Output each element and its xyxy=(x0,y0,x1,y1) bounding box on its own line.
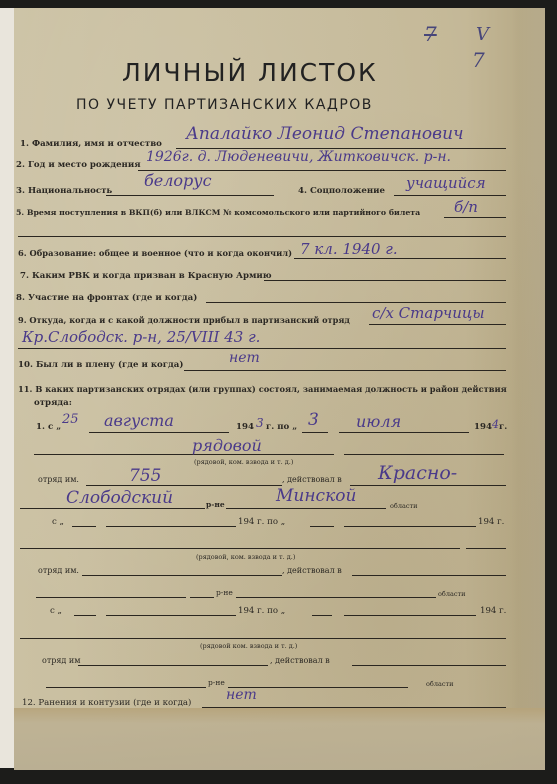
entry-1-from-year-prefix: 194 xyxy=(236,422,254,432)
entry-3-detachment-line xyxy=(78,665,268,666)
entry-2-district-line-b xyxy=(190,597,214,598)
field-11-label: 11. В каких партизанских отрядах (или гр… xyxy=(18,384,507,394)
entry-1-position-hint: (рядовой, ком. взвода и т. д.) xyxy=(194,458,293,466)
entry-1-position-line xyxy=(34,454,334,455)
field-1-value[interactable]: Апалайко Леонид Степанович xyxy=(186,124,464,144)
entry-3-acted-label: , действовал в xyxy=(270,656,330,665)
entry-1-year-suffix: г. xyxy=(499,422,507,432)
field-11-label-2: отряда: xyxy=(34,398,72,408)
entry-2-detachment-label: отряд им. xyxy=(38,566,79,575)
entry-1-region[interactable]: Минской xyxy=(276,486,356,506)
entry-2-position-line xyxy=(20,548,460,549)
field-9-line xyxy=(369,324,506,325)
entry-1-detachment-line xyxy=(86,485,282,486)
entry-3-year-label: 194 г. по „ xyxy=(238,606,285,616)
page-subtitle: ПО УЧЕТУ ПАРТИЗАНСКИХ КАДРОВ xyxy=(76,97,373,113)
entry-2-detachment-line xyxy=(82,575,282,576)
entry-2-acted-label: , действовал в xyxy=(282,566,342,575)
field-9-line-2 xyxy=(18,348,506,349)
paper-edge-shadow xyxy=(511,8,545,770)
field-12-line xyxy=(202,707,506,708)
entry-3-position-line xyxy=(20,638,506,639)
corner-mark-check: V xyxy=(476,24,489,45)
field-8-label: 8. Участие на фронтах (где и когда) xyxy=(16,293,197,303)
entry-3-prefix: с „ xyxy=(50,606,62,616)
entry-3-region-suffix: области xyxy=(426,680,453,688)
field-12-value[interactable]: нет xyxy=(226,687,257,703)
field-10-line xyxy=(184,370,506,371)
field-8-line xyxy=(206,302,506,303)
entry-1-district-line xyxy=(20,508,205,509)
entry-3-district-suffix: р-не xyxy=(208,678,225,687)
entry-2-year-end: 194 г. xyxy=(478,517,504,527)
form-sheet: 7 V 7 ЛИЧНЫЙ ЛИСТОК ПО УЧЕТУ ПАРТИЗАНСКИ… xyxy=(14,8,545,770)
corner-mark-number: 7 xyxy=(472,48,485,72)
entry-3-month-line xyxy=(106,615,236,616)
entry-3-to-day-line xyxy=(312,615,332,616)
entry-3-year-end: 194 г. xyxy=(480,606,506,616)
entry-3-day-line xyxy=(74,615,96,616)
entry-1-position[interactable]: рядовой xyxy=(192,436,262,455)
field-9-label: 9. Откуда, когда и с какой должности при… xyxy=(18,315,350,325)
field-5-value[interactable]: б/п xyxy=(454,198,478,216)
field-7-line xyxy=(264,280,506,281)
entry-2-acted-line xyxy=(352,575,506,576)
entry-1-from-month-line xyxy=(89,432,229,433)
entry-1-acted-line xyxy=(350,485,506,486)
entry-2-month-line xyxy=(106,526,236,527)
field-2-label: 2. Год и место рождения xyxy=(16,160,141,170)
field-5-line-2 xyxy=(18,236,506,237)
entry-2-year-label: 194 г. по „ xyxy=(238,517,285,527)
entry-1-district-a[interactable]: Красно- xyxy=(378,462,457,484)
field-9-value[interactable]: с/х Старчицы xyxy=(372,304,485,322)
field-12-label: 12. Ранения и контузии (где и когда) xyxy=(22,698,191,708)
field-4-value[interactable]: учащийся xyxy=(406,174,486,192)
entry-1-from-day[interactable]: 25 xyxy=(62,412,79,427)
field-5-label: 5. Время поступления в ВКП(б) или ВЛКСМ … xyxy=(16,208,420,217)
field-9-value-2[interactable]: Кр.Слободск. р-н, 25/VIII 43 г. xyxy=(22,328,260,346)
field-4-line xyxy=(394,195,506,196)
field-10-label: 10. Был ли в плену (где и когда) xyxy=(18,360,183,370)
field-7-label: 7. Каким РВК и когда призван в Красную А… xyxy=(20,271,272,281)
entry-3-position-hint: (рядовой ком. взвода и т. д.) xyxy=(200,642,297,650)
entry-2-to-day-line xyxy=(310,526,334,527)
corner-mark-crossed: 7 xyxy=(424,22,437,46)
entry-1-to-year-prefix: 194 xyxy=(474,422,492,432)
entry-1-region-suffix: области xyxy=(390,502,417,510)
field-5-line xyxy=(444,217,506,218)
field-1-label: 1. Фамилия, имя и отчество xyxy=(20,139,162,149)
field-3-label: 3. Национальность xyxy=(16,186,112,196)
entry-1-prefix: 1. с „ xyxy=(36,422,61,432)
field-2-value[interactable]: 1926г. д. Люденевичи, Житковичск. р-н. xyxy=(146,149,451,165)
entry-1-detachment[interactable]: 755 xyxy=(129,466,161,486)
entry-2-prefix: с „ xyxy=(52,517,64,527)
entry-1-to-day[interactable]: 3 xyxy=(308,410,319,430)
entry-1-to-month[interactable]: июля xyxy=(356,412,401,431)
entry-1-district-b[interactable]: Слободский xyxy=(66,488,173,508)
entry-3-acted-line xyxy=(352,665,506,666)
entry-1-district-suffix: р-не xyxy=(206,500,225,509)
field-6-value[interactable]: 7 кл. 1940 г. xyxy=(300,240,398,258)
entry-1-detachment-label: отряд им. xyxy=(38,475,79,484)
field-3-value[interactable]: белорус xyxy=(144,171,212,190)
entry-2-to-month-line xyxy=(344,526,476,527)
entry-2-district-suffix: р-не xyxy=(216,588,233,597)
entry-2-region-suffix: области xyxy=(438,590,465,598)
entry-3-to-month-line xyxy=(344,615,476,616)
entry-3-detachment-label: отряд им xyxy=(42,656,80,665)
entry-3-district-line xyxy=(46,687,206,688)
entry-1-to-year[interactable]: 4 xyxy=(492,418,499,431)
entry-2-district-line xyxy=(36,597,186,598)
entry-1-position-line-2 xyxy=(344,454,504,455)
entry-1-to-month-line xyxy=(339,432,469,433)
field-10-value[interactable]: нет xyxy=(229,350,260,366)
tape-strip xyxy=(14,708,545,770)
entry-2-region-line xyxy=(236,597,436,598)
field-3-line xyxy=(106,195,274,196)
field-6-line xyxy=(294,258,506,259)
entry-1-from-year[interactable]: 3 xyxy=(256,416,264,430)
entry-1-from-month[interactable]: августа xyxy=(104,411,174,430)
field-4-label: 4. Соцположение xyxy=(298,186,385,196)
field-6-label: 6. Образование: общее и военное (что и к… xyxy=(18,248,292,258)
entry-1-to-day-line xyxy=(302,432,328,433)
entry-1-acted-label: , действовал в xyxy=(282,475,342,484)
entry-2-position-hint: (рядовой, ком. взвода и т. д.) xyxy=(196,553,295,561)
entry-2-day-line xyxy=(72,526,96,527)
page-title: ЛИЧНЫЙ ЛИСТОК xyxy=(122,58,378,87)
entry-1-to-label: г. по „ xyxy=(266,422,297,432)
entry-2-position-line-2 xyxy=(466,548,506,549)
entry-1-region-line xyxy=(226,508,386,509)
